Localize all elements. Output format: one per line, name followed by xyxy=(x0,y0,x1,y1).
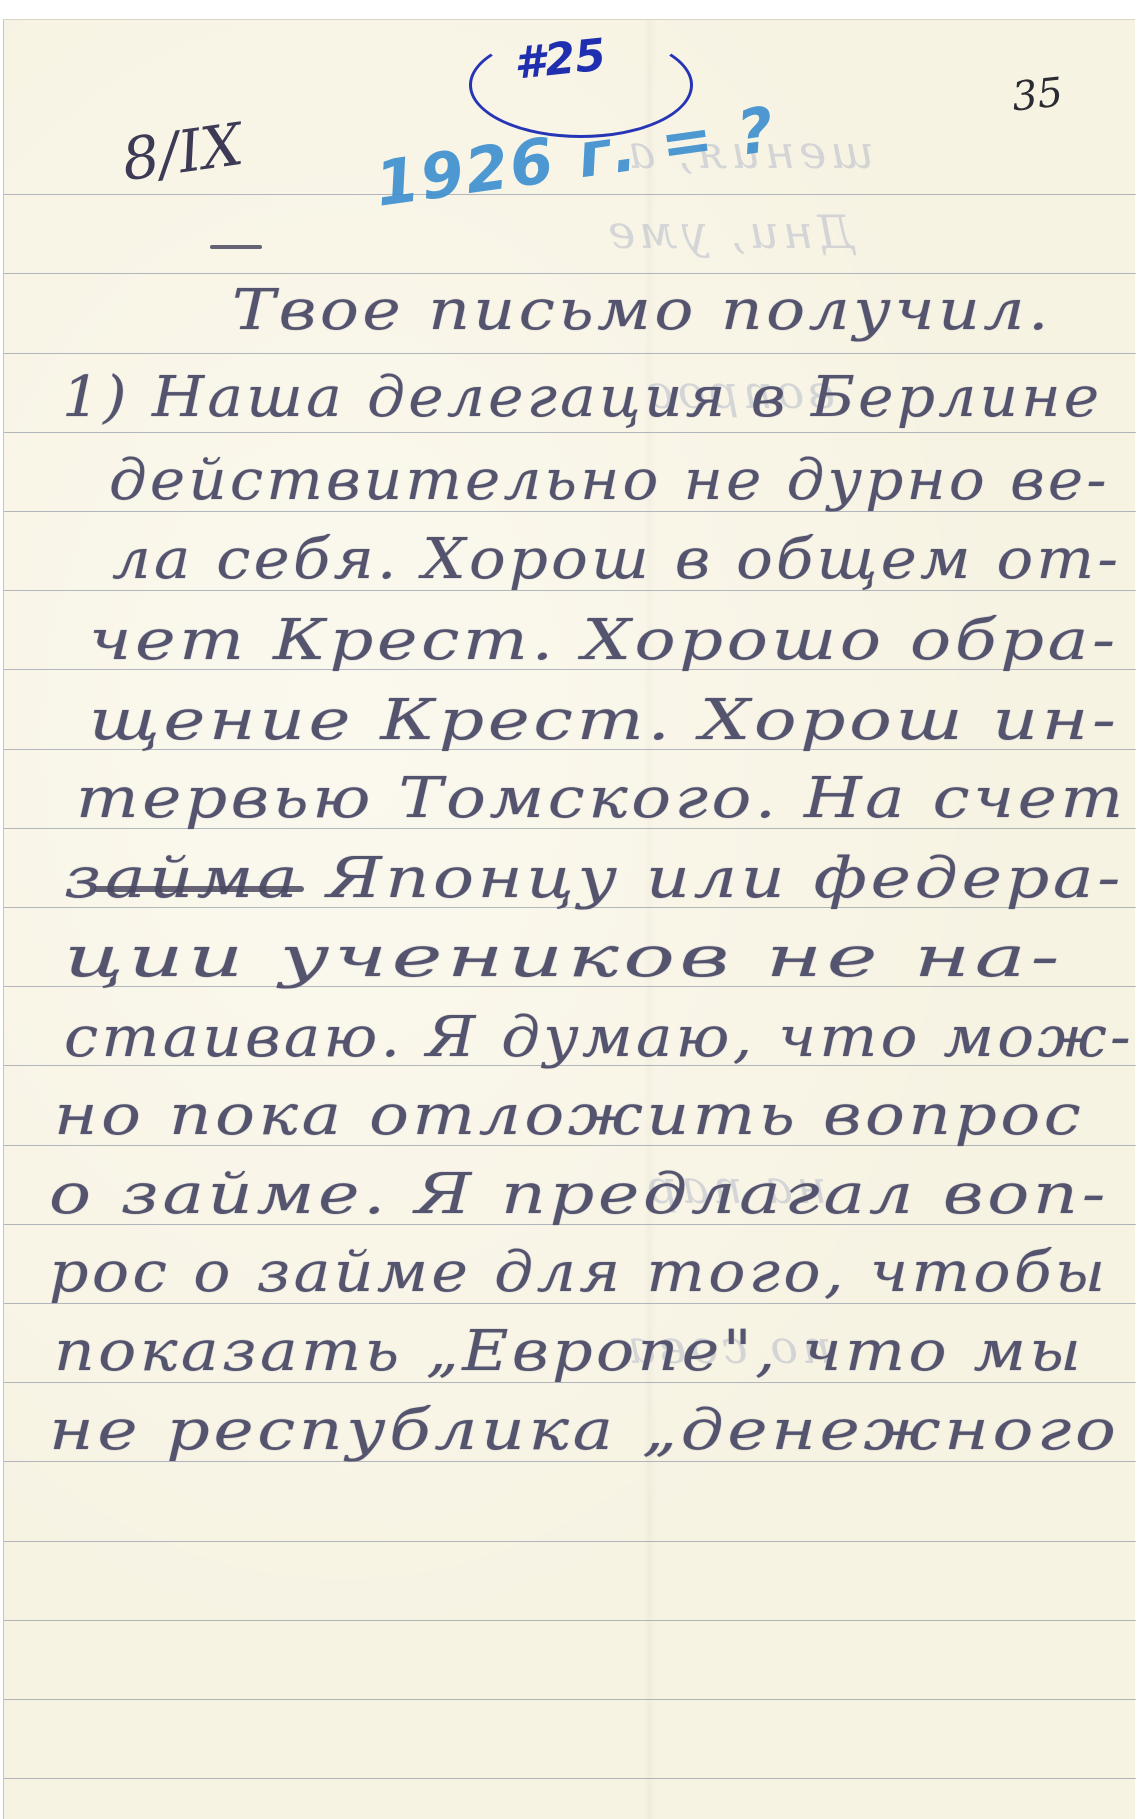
ruled-line xyxy=(4,1541,1136,1542)
letter-line-10: стаиваю. Я думаю, что мож- xyxy=(64,1005,1134,1070)
ruled-line xyxy=(4,1620,1136,1621)
letter-line-14: показать „Европе", что мы xyxy=(54,1319,1084,1384)
letter-line-11: но пока отложить вопрос xyxy=(54,1083,1084,1148)
letter-line-6: щение Крест. Хорош ин- xyxy=(89,688,1120,753)
letter-line-12: о займе. Я предлагал воп- xyxy=(49,1162,1109,1227)
letter-line-1: Твое письмо получил. xyxy=(232,278,1052,343)
letter-sheet: шения, а Дни, уме вопрос на пар по сова … xyxy=(3,19,1135,1819)
letter-line-3: действительно не дурно ве- xyxy=(109,448,1110,513)
ruled-line xyxy=(4,1778,1136,1779)
underline-zaima xyxy=(94,886,304,892)
ruled-line xyxy=(4,273,1136,274)
letter-line-9: ции учеников не на- xyxy=(64,925,1064,990)
letter-line-15: не республика „денежного xyxy=(49,1398,1119,1463)
letter-line-2: 1) Наша делегация в Берлине xyxy=(62,365,1102,430)
ruled-line xyxy=(4,1699,1136,1700)
letter-date: 8/IX xyxy=(118,110,247,194)
date-underline xyxy=(210,245,262,249)
archive-number: #25 xyxy=(512,29,609,89)
letter-line-5: чет Крест. Хорошо обра- xyxy=(89,608,1119,673)
page-number: 35 xyxy=(1010,69,1065,120)
ruled-line xyxy=(4,432,1136,433)
bleed-through-line: Дни, уме xyxy=(604,205,855,259)
letter-line-8: займа Японцу или федера- xyxy=(64,846,1124,911)
letter-line-7: тервью Томского. На счет xyxy=(76,766,1127,831)
letter-line-13: рос о займе для того, чтобы xyxy=(49,1240,1108,1305)
letter-line-4: ла себя. Хорош в общем от- xyxy=(112,527,1121,592)
ruled-line xyxy=(4,353,1136,354)
